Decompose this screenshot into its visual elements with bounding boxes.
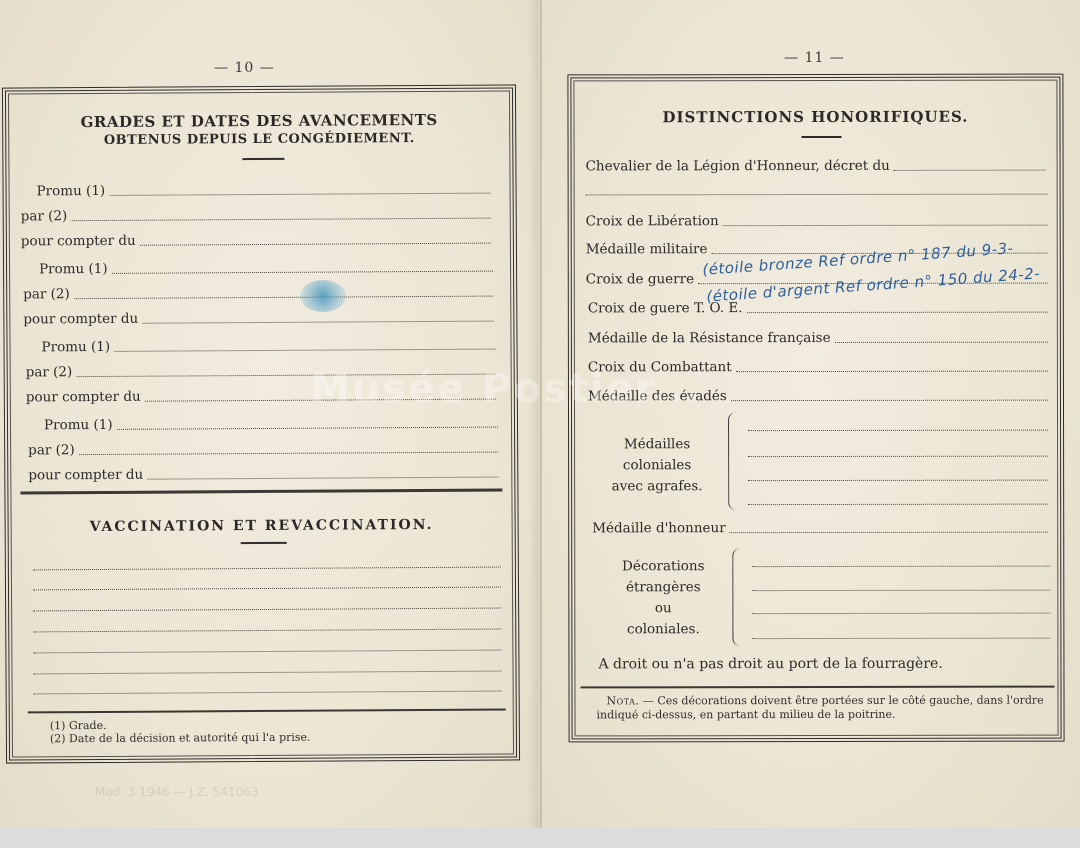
coloniales-line-blank-2[interactable] [748,456,1048,458]
ink-blot [300,280,346,312]
vaccination-line-7[interactable] [34,691,502,695]
coloniales-line-blank-4[interactable] [748,504,1048,506]
coloniales-label: Médailles coloniales avec agrafes. [602,434,712,497]
croix-liberation-blank[interactable] [723,216,1048,227]
distinctions-rule [802,136,842,138]
resistance-blank[interactable] [835,333,1048,343]
resistance-row[interactable]: Médaille de la Résistance française [588,330,1048,347]
etrangeres-line-blank-3[interactable] [752,613,1050,615]
pour-compter-blank[interactable] [147,468,498,480]
medaille-honneur-blank[interactable] [730,523,1049,534]
croix-guerre-toe-blank[interactable] [747,303,1048,314]
promu-row-4[interactable]: Promu (1) [44,415,498,434]
coloniales-line-2: coloniales [602,455,712,476]
par-label: par (2) [23,286,74,302]
watermark: Musée Postier... [310,366,702,412]
legion-honneur-row[interactable]: Chevalier de la Légion d'Honneur, décret… [586,158,1046,175]
promu-blank[interactable] [112,262,493,274]
vaccination-line-5[interactable] [33,650,501,654]
pour-compter-blank[interactable] [140,234,491,246]
etrangeres-line-4: coloniales. [608,619,718,640]
promu-row-3[interactable]: Promu (1) [41,337,495,356]
etrangeres-line-blank-1[interactable] [752,566,1050,568]
page-number-11: — 11 — [784,50,845,66]
document-spread: — 10 — GRADES ET DATES DES AVANCEMENTS O… [0,0,1080,848]
etrangeres-label: Décorations étrangères ou coloniales. [608,556,718,640]
pour-compter-label: pour compter du [26,389,145,406]
croix-combattant-blank[interactable] [736,362,1048,373]
etrangeres-line-3: ou [608,598,718,619]
pour-compter-blank[interactable] [142,312,493,324]
etrangeres-line-blank-4[interactable] [752,638,1050,640]
vaccination-line-6[interactable] [34,671,502,675]
promu-row-2[interactable]: Promu (1) [39,259,493,278]
promu-row-1[interactable]: Promu (1) [37,181,491,200]
nota-label: Nota. [596,694,639,707]
vaccination-line-1[interactable] [33,567,501,571]
vaccination-line-3[interactable] [33,608,501,612]
footnote-divider [28,709,506,713]
footnote-1: (1) Grade. [50,719,107,732]
par-label: par (2) [21,208,72,224]
promu-blank[interactable] [109,184,490,196]
croix-liberation-label: Croix de Libération [586,213,723,229]
brace-icon [728,412,738,510]
pour-compter-label: pour compter du [28,467,147,484]
legion-honneur-blank[interactable] [894,161,1046,171]
vaccination-rule [241,542,287,544]
coloniales-line-1: Médailles [602,434,712,455]
nota-divider [580,686,1054,688]
pour-compter-label: pour compter du [21,233,140,250]
par-blank[interactable] [79,443,498,456]
promu-label: Promu (1) [44,417,117,433]
footnote-2: (2) Date de la décision et autorité qui … [50,731,311,746]
vaccination-title: VACCINATION ET REVACCINATION. [9,516,515,535]
legion-honneur-blank-2[interactable] [586,194,1048,196]
promu-label: Promu (1) [41,339,114,355]
etrangeres-line-1: Décorations [608,556,718,577]
legion-honneur-label: Chevalier de la Légion d'Honneur, décret… [586,158,894,175]
promu-label: Promu (1) [39,261,112,277]
coloniales-line-blank-3[interactable] [748,480,1048,482]
etrangeres-line-2: étrangères [608,577,718,598]
croix-guerre-toe-row[interactable]: Croix de guere T. O. E. [588,300,1048,317]
left-page: — 10 — GRADES ET DATES DES AVANCEMENTS O… [0,0,538,840]
medaille-honneur-label: Médaille d'honneur [592,520,729,536]
distinctions-title: DISTINCTIONS HONORIFIQUES. [571,108,1059,127]
title-rule [242,158,284,160]
vaccination-line-2[interactable] [33,587,501,591]
par-label: par (2) [26,364,77,380]
croix-liberation-row[interactable]: Croix de Libération [586,213,1048,230]
pour-compter-row-4[interactable]: pour compter du [28,465,498,484]
nota-body: — Ces décorations doivent être portées s… [597,694,1044,722]
medaille-honneur-row[interactable]: Médaille d'honneur [592,520,1048,537]
evades-blank[interactable] [731,391,1048,402]
resistance-label: Médaille de la Résistance française [588,330,835,346]
croix-guerre-label: Croix de guerre [586,271,698,287]
brace-icon [732,548,742,646]
section-divider [20,489,502,495]
promu-label: Promu (1) [37,183,110,199]
scan-background [0,828,1080,848]
par-blank[interactable] [74,287,493,300]
par-label: par (2) [28,442,79,458]
par-row-2[interactable]: par (2) [23,284,493,303]
pour-compter-label: pour compter du [23,311,142,328]
pour-compter-row-1[interactable]: pour compter du [21,231,491,250]
promu-blank[interactable] [114,340,495,352]
coloniales-line-3: avec agrafes. [602,476,712,497]
promu-blank[interactable] [117,418,498,430]
grades-title-line1: GRADES ET DATES DES AVANCEMENTS [6,110,512,131]
fourragere-text: A droit ou n'a pas droit au port de la f… [598,656,942,673]
coloniales-line-blank-1[interactable] [748,430,1048,432]
par-blank[interactable] [71,209,490,222]
par-row-1[interactable]: par (2) [21,206,491,225]
grades-frame: GRADES ET DATES DES AVANCEMENTS OBTENUS … [2,84,520,763]
medaille-militaire-label: Médaille militaire [586,241,712,257]
par-row-4[interactable]: par (2) [28,440,498,459]
grades-title-line2: OBTENUS DEPUIS LE CONGÉDIEMENT. [6,130,512,148]
faint-print-code: Mod. 3 1946 — J.Z. 541063 [95,785,259,799]
etrangeres-line-blank-2[interactable] [752,590,1050,592]
nota-text: Nota. — Ces décorations doivent être por… [596,694,1052,723]
page-number-10: — 10 — [214,60,275,76]
pour-compter-row-2[interactable]: pour compter du [23,309,493,328]
vaccination-line-4[interactable] [33,629,501,633]
